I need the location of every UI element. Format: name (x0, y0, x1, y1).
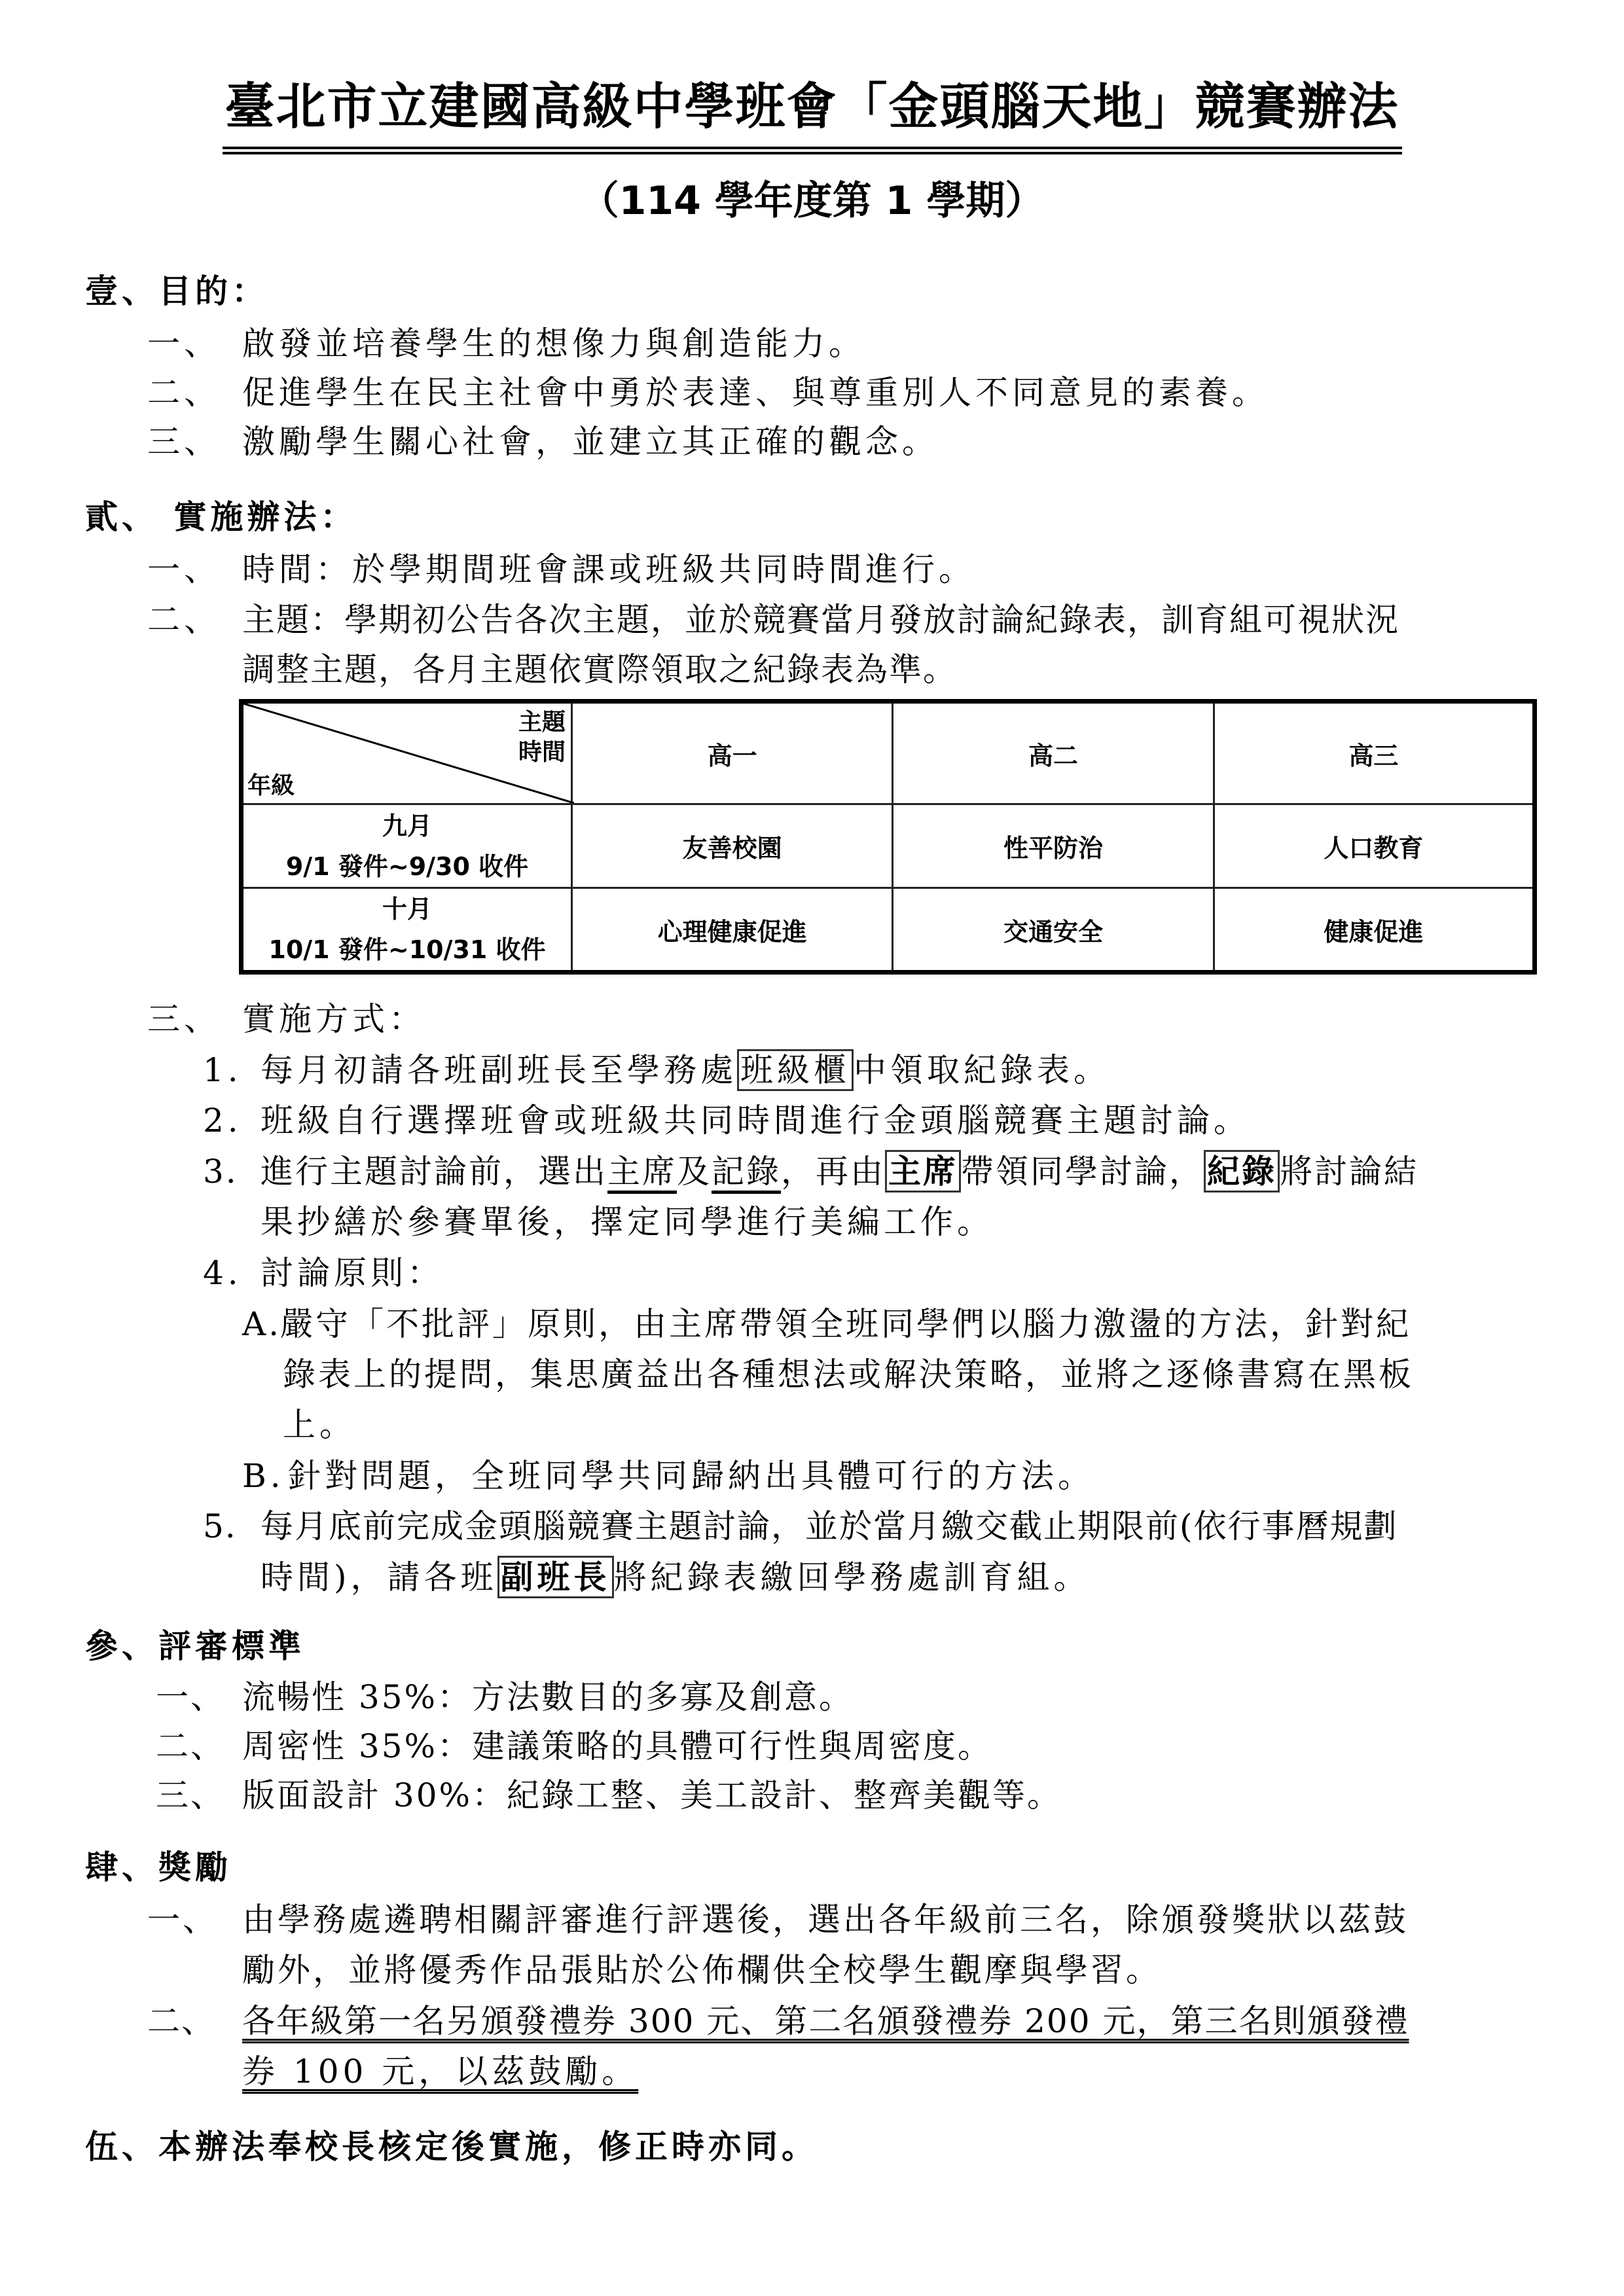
topic-cell: 心理健康促進 (572, 888, 893, 973)
boxed-term-recorder: 紀錄 (1204, 1150, 1280, 1193)
topic-cell: 性平防治 (893, 804, 1214, 888)
section-1-heading: 壹、目的： (85, 268, 268, 314)
item-text: 周密性 35%：建議策略的具體可行性與周密度。 (242, 1723, 992, 1769)
step-number: 2. (203, 1098, 242, 1143)
topic-cell: 健康促進 (1214, 888, 1534, 973)
boxed-term-class-cabinet: 班級櫃 (737, 1049, 854, 1091)
item-text: 啟發並培養學生的想像力與創造能力。 (242, 321, 865, 367)
item-number: 一、 (147, 1897, 218, 1943)
table-header-row: 主題 時間 年級 高一 高二 高三 (242, 702, 1535, 804)
table-row: 十月 10/1 發件~10/31 收件 心理健康促進 交通安全 健康促進 (242, 888, 1535, 973)
step-text: 討論原則： (261, 1250, 444, 1296)
month-cell: 十月 10/1 發件~10/31 收件 (242, 888, 572, 973)
s2-item-2-line2: 調整主題，各月主題依實際領取之紀錄表為準。 (242, 647, 957, 692)
table-corner-cell: 主題 時間 年級 (242, 702, 572, 804)
item-number: 三、 (156, 1772, 225, 1818)
month-cell: 九月 9/1 發件~9/30 收件 (242, 804, 572, 888)
column-header: 高三 (1214, 702, 1534, 804)
underlined-term-chair: 主席 (607, 1153, 677, 1194)
document-page: 臺北市立建國高級中學班會「金頭腦天地」競賽辦法 （114 學年度第 1 學期） … (0, 0, 1624, 2296)
item-number: 一、 (156, 1674, 225, 1720)
topic-schedule-table: 主題 時間 年級 高一 高二 高三 九月 9/1 發件~9/30 收件 友善校園… (239, 699, 1537, 975)
step-number: 4. (203, 1250, 242, 1296)
item-number: 二、 (156, 1723, 225, 1769)
item-text: 時間：於學期間班會課或班級共同時間進行。 (242, 547, 975, 592)
section-3-heading: 參、評審標準 (85, 1623, 305, 1669)
month-period: 9/1 發件~9/30 收件 (244, 846, 571, 887)
item-number: 二、 (147, 1998, 215, 2044)
item-number: 一、 (147, 321, 221, 367)
step-text: 班級自行選擇班會或班級共同時間進行金頭腦競賽主題討論。 (261, 1098, 1250, 1143)
section-4-heading: 肆、獎勵 (85, 1844, 232, 1890)
item-text-line1: 各年級第一名另頒發禮券 300 元、第二名頒發禮券 200 元，第三名則頒發禮 (242, 1998, 1409, 2044)
item-text: 流暢性 35%：方法數目的多寡及創意。 (242, 1674, 854, 1720)
item-text-line1: 由學務處遴聘相關評審進行評選後，選出各年級前三名，除頒發獎狀以茲鼓 (242, 1897, 1409, 1943)
document-subtitle: （114 學年度第 1 學期） (0, 171, 1624, 230)
principle-a-line3: 上。 (283, 1402, 356, 1448)
corner-label-grade: 年級 (247, 767, 295, 800)
month-period: 10/1 發件~10/31 收件 (244, 929, 571, 970)
column-header: 高二 (893, 702, 1214, 804)
principle-a-line2: 錄表上的提問，集思廣益出各種想法或解決策略，並將之逐條書寫在黑板 (283, 1352, 1414, 1397)
table-row: 九月 9/1 發件~9/30 收件 友善校園 性平防治 人口教育 (242, 804, 1535, 888)
step-number: 5. (203, 1503, 237, 1549)
item-text: 激勵學生關心社會，並建立其正確的觀念。 (242, 419, 939, 465)
principle-label: B. (242, 1453, 285, 1499)
item-text: 促進學生在民主社會中勇於表達、與尊重別人不同意見的素養。 (242, 370, 1269, 416)
underlined-term-recorder: 記錄 (712, 1153, 781, 1194)
item-number: 二、 (147, 597, 221, 643)
topic-cell: 友善校園 (572, 804, 893, 888)
topic-cell: 人口教育 (1214, 804, 1534, 888)
item-text-line1: 主題：學期初公告各次主題，並於競賽當月發放討論紀錄表，訓育組可視狀況 (242, 597, 1399, 643)
item-number: 三、 (147, 419, 221, 465)
item-heading: 實施方式： (242, 996, 425, 1042)
section-5-heading: 伍、本辦法奉校長核定後實施，修正時亦同。 (85, 2124, 818, 2170)
principle-text: 針對問題，全班同學共同歸納出具體可行的方法。 (288, 1453, 1094, 1499)
month-label: 十月 (244, 889, 571, 929)
topic-cell: 交通安全 (893, 888, 1214, 973)
step-number: 1. (203, 1047, 242, 1093)
item-number: 二、 (147, 370, 221, 416)
boxed-term-vice-monitor: 副班長 (497, 1556, 614, 1598)
document-title: 臺北市立建國高級中學班會「金頭腦天地」競賽辦法 (0, 71, 1624, 154)
step-3-line2: 果抄繕於參賽單後，擇定同學進行美編工作。 (261, 1199, 994, 1245)
corner-label-time: 時間 (518, 738, 566, 768)
item-number: 一、 (147, 547, 221, 592)
column-header: 高一 (572, 702, 893, 804)
principle-label: A. (242, 1301, 281, 1347)
s4-item-2-line2: 券 100 元，以茲鼓勵。 (242, 2049, 638, 2094)
step-text-line1: 每月底前完成金頭腦競賽主題討論，並於當月繳交截止期限前(依行事曆規劃 (261, 1503, 1398, 1549)
corner-label-topic: 主題 (518, 708, 566, 738)
month-label: 九月 (244, 806, 571, 846)
item-number: 三、 (147, 996, 221, 1042)
step-number: 3. (203, 1149, 238, 1194)
item-text: 版面設計 30%：紀錄工整、美工設計、整齊美觀等。 (242, 1772, 1062, 1818)
principle-text-line1: 嚴守「不批評」原則，由主席帶領全班同學們以腦力激盪的方法，針對紀 (280, 1301, 1411, 1347)
step-5-line2: 時間)，請各班副班長將紀錄表繳回學務處訓育組。 (261, 1554, 1091, 1600)
s4-item-1-line2: 勵外，並將優秀作品張貼於公佈欄供全校學生觀摩與學習。 (242, 1947, 1161, 1993)
boxed-term-chair: 主席 (885, 1150, 961, 1193)
section-2-heading: 貳、 實施辦法： (85, 494, 357, 540)
